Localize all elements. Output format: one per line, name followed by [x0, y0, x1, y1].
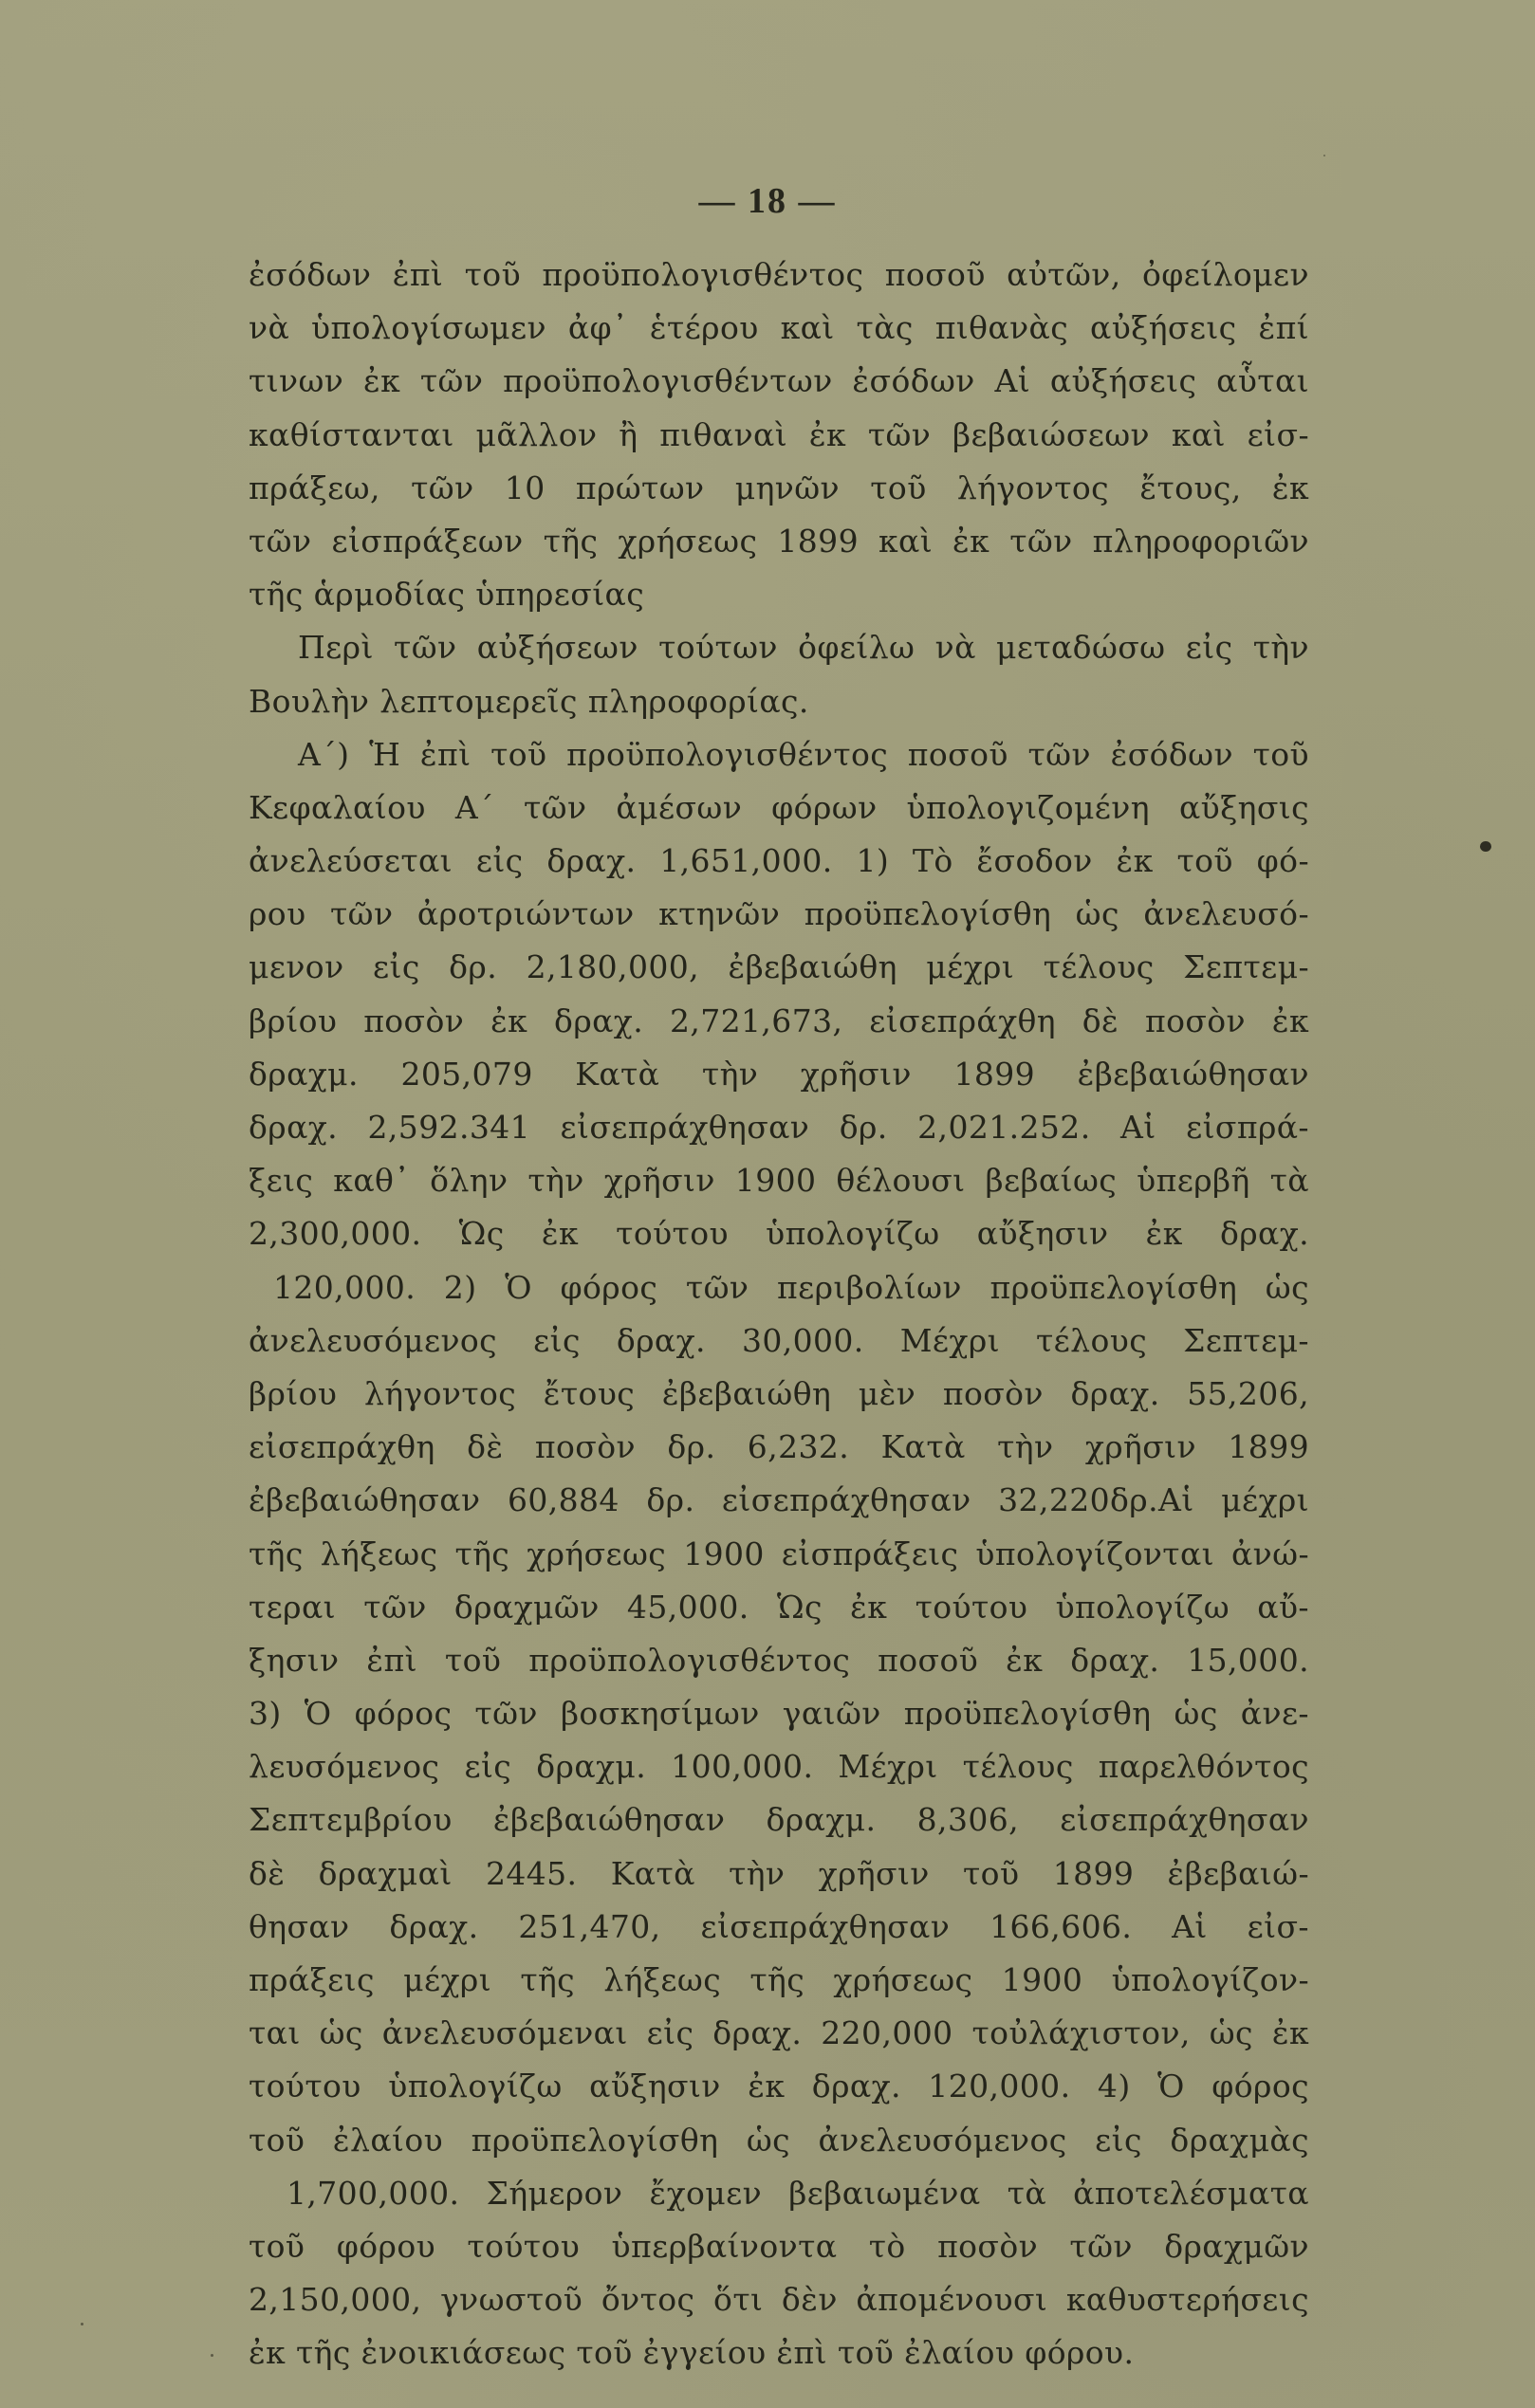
text-line: 2,150,000, γνωστοῦ ὄντος ὅτι δὲν ἀπομένο…	[249, 2273, 1309, 2326]
text-line: δραχμ. 205,079 Κατὰ τὴν χρῆσιν 1899 ἐβεβ…	[249, 1048, 1309, 1101]
text-line: δὲ δραχμαὶ 2445. Κατὰ τὴν χρῆσιν τοῦ 189…	[249, 1847, 1309, 1901]
text-line: δραχ. 2,592.341 εἰσεπράχθησαν δρ. 2,021.…	[249, 1101, 1309, 1154]
text-line: μενον εἰς δρ. 2,180,000, ἐβεβαιώθη μέχρι…	[249, 941, 1309, 994]
scanned-page: — 18 — ἐσόδων ἐπὶ τοῦ προϋπολογισθέντος …	[0, 0, 1535, 2408]
text-line: ἐβεβαιώθησαν 60,884 δρ. εἰσεπράχθησαν 32…	[249, 1474, 1309, 1527]
ink-speck	[81, 2323, 83, 2325]
text-line: τινων ἐκ τῶν προϋπολογισθέντων ἐσόδων Αἱ…	[249, 355, 1309, 408]
text-line: τούτου ὑπολογίζω αὔξησιν ἐκ δραχ. 120,00…	[249, 2060, 1309, 2113]
text-line: θησαν δραχ. 251,470, εἰσεπράχθησαν 166,6…	[249, 1901, 1309, 1954]
text-line: 1,700,000. Σήμερον ἔχομεν βεβαιωμένα τὰ …	[249, 2167, 1309, 2220]
text-line: ἀνελεύσεται εἰς δραχ. 1,651,000. 1) Τὸ ἔ…	[249, 835, 1309, 888]
ink-speck	[1323, 155, 1325, 156]
text-line: Σεπτεμβρίου ἐβεβαιώθησαν δραχμ. 8,306, ε…	[249, 1793, 1309, 1847]
text-line: ρου τῶν ἀροτριώντων κτηνῶν προϋπελογίσθη…	[249, 888, 1309, 941]
text-line: τεραι τῶν δραχμῶν 45,000. Ὡς ἐκ τούτου ὑ…	[249, 1581, 1309, 1634]
text-line: 120,000. 2) Ὁ φόρος τῶν περιβολίων προϋπ…	[249, 1261, 1309, 1314]
text-line: τῆς ἁρμοδίας ὑπηρεσίας	[249, 568, 1309, 621]
text-line: βρίου λήγοντος ἔτους ἐβεβαιώθη μὲν ποσὸν…	[249, 1368, 1309, 1421]
text-line: τοῦ ἐλαίου προϋπελογίσθη ὡς ἀνελευσόμενο…	[249, 2114, 1309, 2167]
text-line: Κεφαλαίου Α΄ τῶν ἀμέσων φόρων ὑπολογιζομ…	[249, 781, 1309, 835]
text-line: 3) Ὁ φόρος τῶν βοσκησίμων γαιῶν προϋπελο…	[249, 1687, 1309, 1740]
page-number: — 18 —	[0, 180, 1535, 222]
text-line: Βουλὴν λεπτομερεῖς πληροφορίας.	[249, 675, 1309, 728]
text-line: πράξεις μέχρι τῆς λήξεως τῆς χρήσεως 190…	[249, 1954, 1309, 2007]
text-line: ξεις καθ᾽ ὅλην τὴν χρῆσιν 1900 θέλουσι β…	[249, 1154, 1309, 1207]
paragraph-start-line: Περὶ τῶν αὐξήσεων τούτων ὀφείλω νὰ μεταδ…	[249, 621, 1309, 674]
text-line: βρίου ποσὸν ἐκ δραχ. 2,721,673, εἰσεπράχ…	[249, 995, 1309, 1048]
text-line: 2,300,000. Ὡς ἐκ τούτου ὑπολογίζω αὔξησι…	[249, 1207, 1309, 1260]
ink-speck	[211, 2354, 213, 2357]
text-line: καθίστανται μᾶλλον ἢ πιθαναὶ ἐκ τῶν βεβα…	[249, 409, 1309, 462]
text-line: ξησιν ἐπὶ τοῦ προϋπολογισθέντος ποσοῦ ἐκ…	[249, 1634, 1309, 1687]
text-line: ἐσόδων ἐπὶ τοῦ προϋπολογισθέντος ποσοῦ α…	[249, 248, 1309, 302]
text-line: νὰ ὑπολογίσωμεν ἀφ᾽ ἑτέρου καὶ τὰς πιθαν…	[249, 302, 1309, 355]
text-line: εἰσεπράχθη δὲ ποσὸν δρ. 6,232. Κατὰ τὴν …	[249, 1421, 1309, 1474]
text-line: τῆς λήξεως τῆς χρήσεως 1900 εἰσπράξεις ὑ…	[249, 1528, 1309, 1581]
text-line: λευσόμενος εἰς δραχμ. 100,000. Μέχρι τέλ…	[249, 1740, 1309, 1793]
text-line: ἀνελευσόμενος εἰς δραχ. 30,000. Μέχρι τέ…	[249, 1314, 1309, 1368]
body-text: ἐσόδων ἐπὶ τοῦ προϋπολογισθέντος ποσοῦ α…	[249, 248, 1309, 2380]
ink-speck	[1480, 841, 1491, 852]
text-line: τῶν εἰσπράξεων τῆς χρήσεως 1899 καὶ ἐκ τ…	[249, 515, 1309, 568]
paragraph-start-line: Α΄) Ἡ ἐπὶ τοῦ προϋπολογισθέντος ποσοῦ τῶ…	[249, 728, 1309, 781]
text-line: ται ὡς ἀνελευσόμεναι εἰς δραχ. 220,000 τ…	[249, 2007, 1309, 2060]
text-line: πράξεω, τῶν 10 πρώτων μηνῶν τοῦ λήγοντος…	[249, 462, 1309, 515]
text-line: τοῦ φόρου τούτου ὑπερβαίνοντα τὸ ποσὸν τ…	[249, 2220, 1309, 2273]
text-line: ἐκ τῆς ἐνοικιάσεως τοῦ ἐγγείου ἐπὶ τοῦ ἐ…	[249, 2326, 1309, 2380]
